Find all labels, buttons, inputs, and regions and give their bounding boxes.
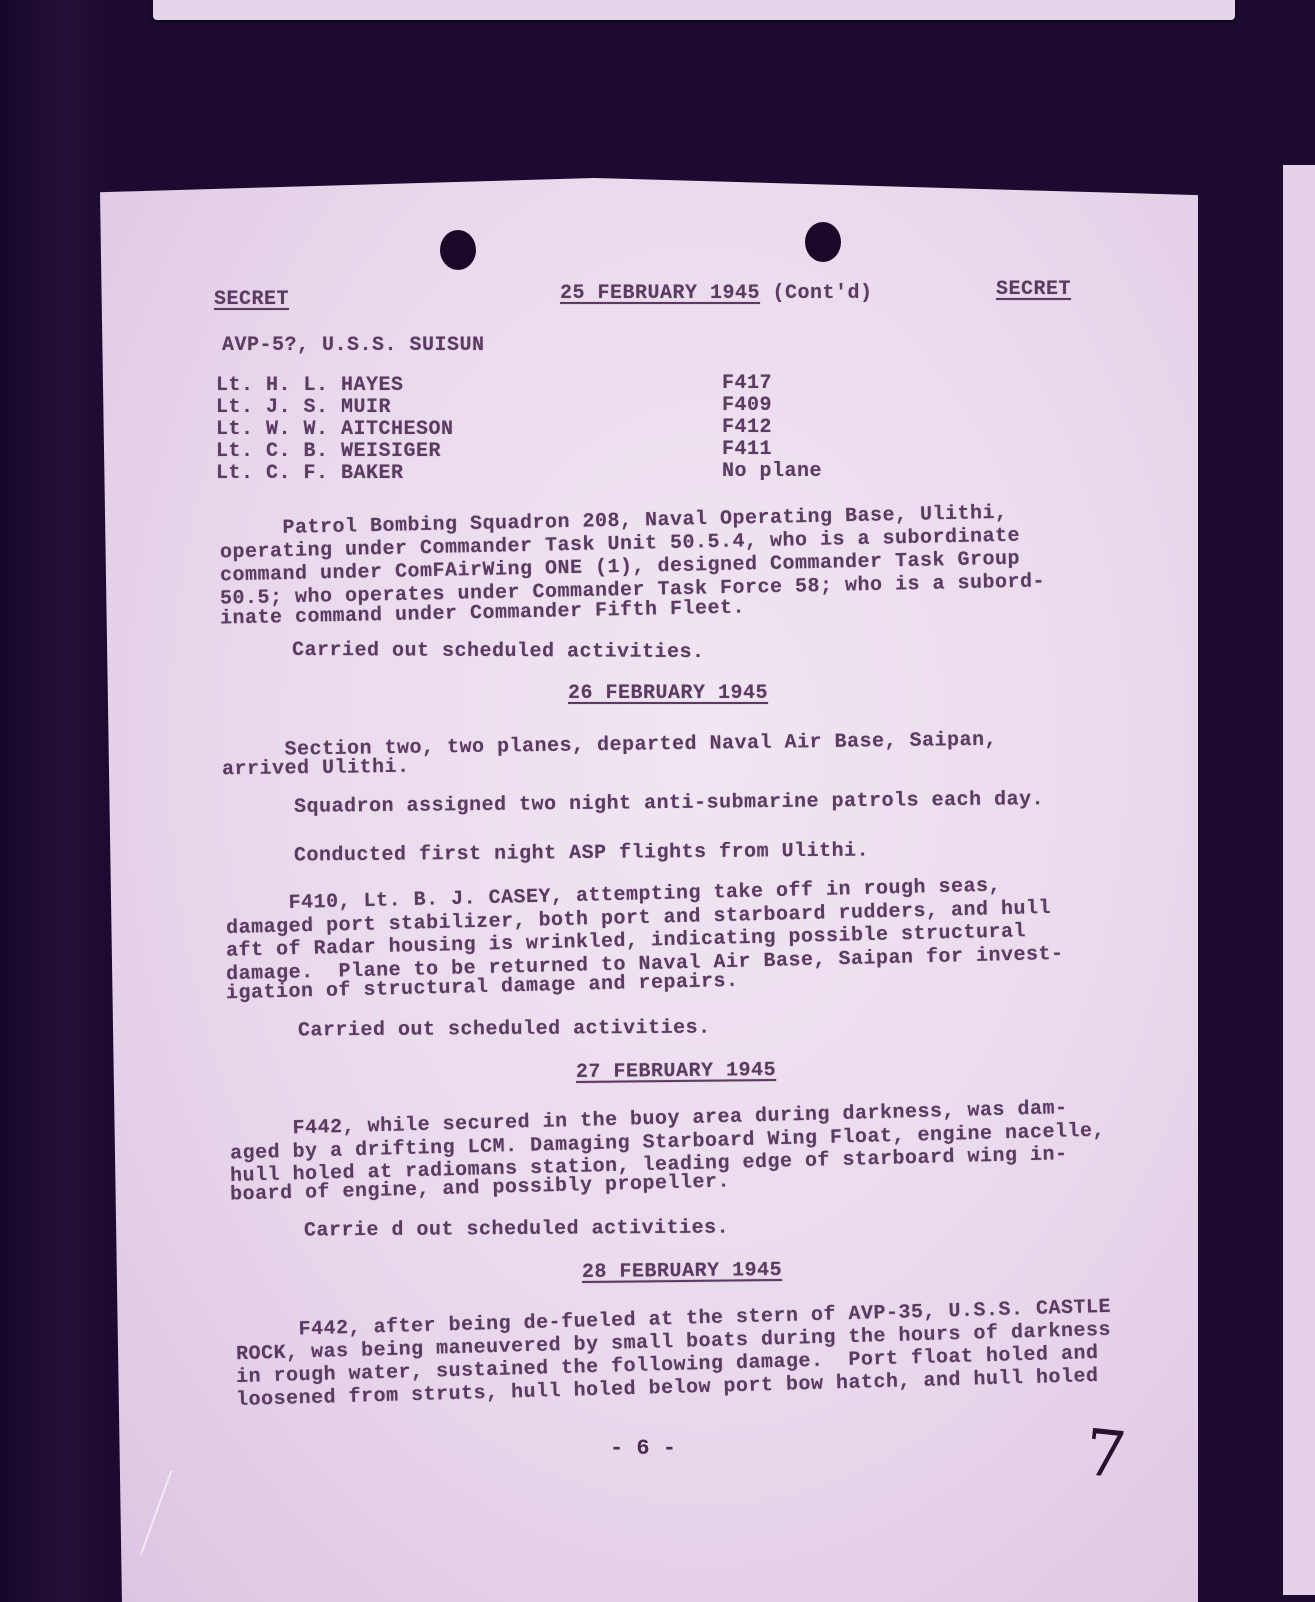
section-26-para-2: Squadron assigned two night anti-submari… xyxy=(294,788,1044,819)
punch-hole xyxy=(440,230,476,270)
crew-plane: F411 xyxy=(722,438,772,461)
film-border-left xyxy=(0,0,110,1602)
crew-name: Lt. W. W. AITCHESON xyxy=(216,418,454,441)
section-title-27-feb: 27 FEBRUARY 1945 xyxy=(576,1059,776,1084)
crew-name: Lt. C. B. WEISIGER xyxy=(216,440,441,463)
crew-name: Lt. C. F. BAKER xyxy=(216,462,404,485)
date-suffix: (Cont'd) xyxy=(773,282,873,305)
page-number: - 6 - xyxy=(610,1436,676,1461)
paragraph-line: arrived Ulithi. xyxy=(222,756,410,782)
unit-line: AVP-5?, U.S.S. SUISUN xyxy=(222,334,485,357)
handwritten-page-number: 7 xyxy=(1081,1416,1129,1494)
carried-out-text: Carried out scheduled activities. xyxy=(298,1017,711,1043)
classification-right: SECRET xyxy=(996,278,1071,301)
classification-left: SECRET xyxy=(214,288,289,311)
crew-plane: No plane xyxy=(722,460,822,483)
carried-out-text: Carried out scheduled activities. xyxy=(292,639,705,664)
section-26-para-3: Conducted first night ASP flights from U… xyxy=(294,839,869,867)
document-page: SECRET 25 FEBRUARY 1945 (Cont'd) SECRET … xyxy=(100,178,1198,1602)
section-title-26-feb: 26 FEBRUARY 1945 xyxy=(568,682,768,705)
crew-plane: F412 xyxy=(722,416,772,439)
crew-plane: F417 xyxy=(722,372,772,395)
crew-plane: F409 xyxy=(722,394,772,417)
section-title-28-feb: 28 FEBRUARY 1945 xyxy=(582,1259,782,1284)
date-heading: 25 FEBRUARY 1945 (Cont'd) xyxy=(560,282,873,305)
date-title: 25 FEBRUARY 1945 xyxy=(560,282,760,305)
film-scratch xyxy=(140,1470,173,1555)
next-page-edge xyxy=(1283,165,1315,1595)
carried-out-text: Carrie d out scheduled activities. xyxy=(304,1217,729,1243)
crew-name: Lt. H. L. HAYES xyxy=(216,374,404,397)
crew-name: Lt. J. S. MUIR xyxy=(216,396,391,419)
punch-hole xyxy=(805,222,841,262)
previous-page-edge xyxy=(153,0,1235,20)
